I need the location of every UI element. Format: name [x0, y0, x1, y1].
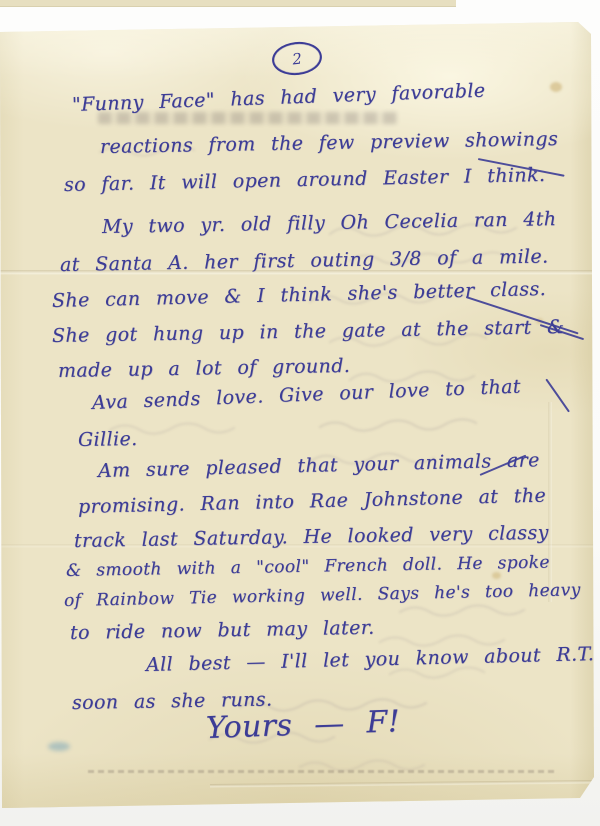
letter-paper: 2 "Funny Face" has had very favorable re…: [0, 22, 600, 808]
ink-smudge: [48, 742, 70, 751]
letter-line-15: of Rainbow Tie working well. Says he's t…: [64, 577, 581, 614]
letter-line-16: to ride now but may later.: [70, 615, 375, 646]
paper-stain: [550, 82, 562, 92]
letter-line-13: track last Saturday. He looked very clas…: [74, 520, 549, 554]
letter-line-8: made up a lot of ground.: [58, 353, 351, 384]
letter-line-5: at Santa A. her first outing 3/8 of a mi…: [60, 243, 549, 278]
page-number: 2: [291, 49, 302, 68]
pen-stroke-that: [545, 379, 570, 413]
letter-line-6: She can move & I think she's better clas…: [52, 276, 547, 314]
signature-line: Yours — F!: [206, 709, 401, 742]
letter-line-3: so far. It will open around Easter I thi…: [64, 162, 546, 198]
printed-footer-bleedthrough: [88, 770, 558, 773]
letter-line-10: Gillie.: [78, 426, 138, 453]
letter-line-2: reactions from the few preview showings: [100, 126, 559, 160]
letter-line-12: promising. Ran into Rae Johnstone at the: [78, 483, 547, 520]
adjacent-sheet-edge: [0, 0, 456, 7]
letter-line-7: She got hung up in the gate at the start…: [52, 314, 565, 349]
letter-line-11: Am sure pleased that your animals are: [98, 447, 540, 484]
letter-line-17: All best — I'll let you know about R.T.: [146, 641, 595, 678]
scanned-letter-page: 2 "Funny Face" has had very favorable re…: [0, 0, 600, 826]
page-number-badge: 2: [270, 39, 323, 77]
fold-crease-bottom: [210, 780, 600, 788]
letter-line-4: My two yr. old filly Oh Cecelia ran 4th: [102, 206, 557, 240]
